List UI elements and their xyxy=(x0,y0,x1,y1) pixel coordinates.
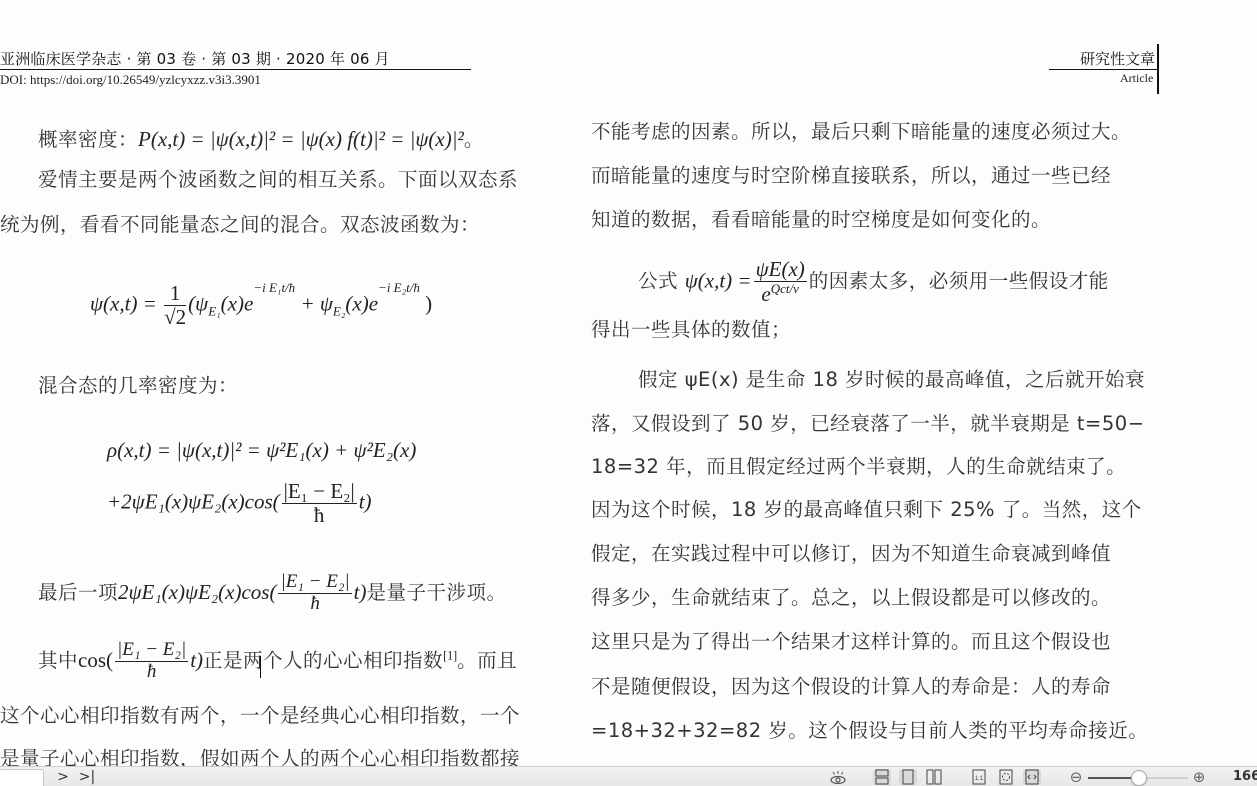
document-page: 亚洲临床医学杂志 · 第 03 卷 · 第 03 期 · 2020 年 06 月… xyxy=(0,0,1257,766)
header-divider xyxy=(1157,44,1159,94)
zoom-in-button[interactable]: ⊕ xyxy=(1191,768,1207,786)
citation-ref[interactable]: [1] xyxy=(443,648,457,662)
paragraph-line: 不是随便假设，因为这个假设的计算人的寿命是：人的寿命 xyxy=(591,671,1111,699)
paragraph-line: =18+32+32=82 岁。这个假设与目前人类的平均寿命接近。 xyxy=(591,715,1148,743)
fit-page-icon[interactable] xyxy=(997,769,1015,785)
actual-size-icon[interactable]: 1:1 xyxy=(970,769,988,785)
equation-mixed-density-line1: ρ(x,t) = |ψ(x,t)|² = ψ²E₁(x) + ψ²E₂(x) xyxy=(107,438,416,463)
paragraph-line: 落，又假设到了 50 岁，已经衰落了一半，就半衰期是 t=50− xyxy=(591,408,1145,436)
paragraph-line: 爱情主要是两个波函数之间的相互关系。下面以双态系 xyxy=(38,164,518,192)
viewer-toolbar: > >| 1:1 ⊖ ⊕ 166 xyxy=(0,766,1257,786)
paragraph-line: 18=32 年，而且假定经过两个半衰期，人的生命就结束了。 xyxy=(591,451,1126,479)
paragraph-line: 假定 ψE(x) 是生命 18 岁时候的最高峰值，之后就开始衰 xyxy=(638,364,1145,392)
paragraph-line: 假定，在实践过程中可以修订，因为不知道生命衰减到峰值 xyxy=(591,538,1111,566)
doi-link[interactable]: DOI: https://doi.org/10.26549/yzlcyxzz.v… xyxy=(0,72,261,88)
paragraph-line: 知道的数据，看看暗能量的时空梯度是如何变化的。 xyxy=(591,204,1051,232)
text-cursor xyxy=(260,656,261,678)
fit-width-icon[interactable] xyxy=(1023,769,1041,785)
paragraph-heart-index: 其中cos(|E₁ − E₂|ħt)正是两个人的心心相印指数[1]。而且 xyxy=(38,640,517,683)
paragraph-line: 这里只是为了得出一个结果才这样计算的。而且这个假设也 xyxy=(591,626,1111,654)
single-page-icon[interactable] xyxy=(899,769,917,785)
zoom-slider-thumb[interactable] xyxy=(1131,770,1147,786)
paragraph-mixed-density: 混合态的几率密度为： xyxy=(38,370,238,398)
svg-text:1:1: 1:1 xyxy=(975,776,984,782)
continuous-scroll-icon[interactable] xyxy=(873,769,891,785)
journal-title: 亚洲临床医学杂志 · 第 03 卷 · 第 03 期 · 2020 年 06 月 xyxy=(0,48,390,69)
paragraph-line: 不能考虑的因素。所以，最后只剩下暗能量的速度必须过大。 xyxy=(591,116,1131,144)
next-page-button[interactable]: > xyxy=(56,768,70,786)
formula-probability: P(x,t) = |ψ(x,t)|² = |ψ(x) f(t)|² = |ψ(x… xyxy=(138,127,464,151)
paragraph-interference-term: 最后一项2ψE₁(x)ψE₂(x)cos(|E₁ − E₂|ħt)是量子干涉项。 xyxy=(38,572,507,615)
article-type-en: Article xyxy=(1120,71,1153,86)
paragraph-line: 得出一些具体的数值； xyxy=(591,314,791,342)
paragraph-formula: 公式 ψ(x,t) =ψE(x)eQct/v的因素太多，必须用一些假设才能 xyxy=(638,258,1109,306)
page-number-input[interactable] xyxy=(0,769,44,786)
header-rule-right: 研究性文章 xyxy=(1049,47,1157,70)
paragraph-line: 得多少，生命就结束了。总之，以上假设都是可以修改的。 xyxy=(591,582,1111,610)
equation-mixed-density-line2: +2ψE₁(x)ψE₂(x)cos(|E₁ − E₂|ħt) xyxy=(107,480,372,527)
paragraph-probability-density: 概率密度：P(x,t) = |ψ(x,t)|² = |ψ(x) f(t)|² =… xyxy=(38,124,484,152)
paragraph-line: 因为这个时候，18 岁的最高峰值只剩下 25% 了。当然，这个 xyxy=(591,494,1142,522)
zoom-out-button[interactable]: ⊖ xyxy=(1068,768,1084,786)
two-page-icon[interactable] xyxy=(925,769,943,785)
article-type-cn: 研究性文章 xyxy=(1080,48,1155,69)
paragraph-line: 这个心心相印指数有两个，一个是经典心心相印指数，一个 xyxy=(0,700,520,728)
eye-icon[interactable] xyxy=(829,769,847,785)
paragraph-line: 统为例，看看不同能量态之间的混合。双态波函数为： xyxy=(0,209,480,237)
last-page-button[interactable]: >| xyxy=(78,768,96,786)
header-rule-left: 亚洲临床医学杂志 · 第 03 卷 · 第 03 期 · 2020 年 06 月 xyxy=(0,47,471,70)
zoom-level[interactable]: 166 xyxy=(1233,769,1257,784)
paragraph-line: 是量子心心相印指数，假如两个人的两个心心相印指数都接 xyxy=(0,743,520,766)
paragraph-line: 而暗能量的速度与时空阶梯直接联系，所以，通过一些已经 xyxy=(591,160,1111,188)
equation-two-state-wavefunction: ψ(x,t) = 1√2(ψE₁(x)e−i E₁t/ħ + ψE₂(x)e−i… xyxy=(90,282,432,329)
